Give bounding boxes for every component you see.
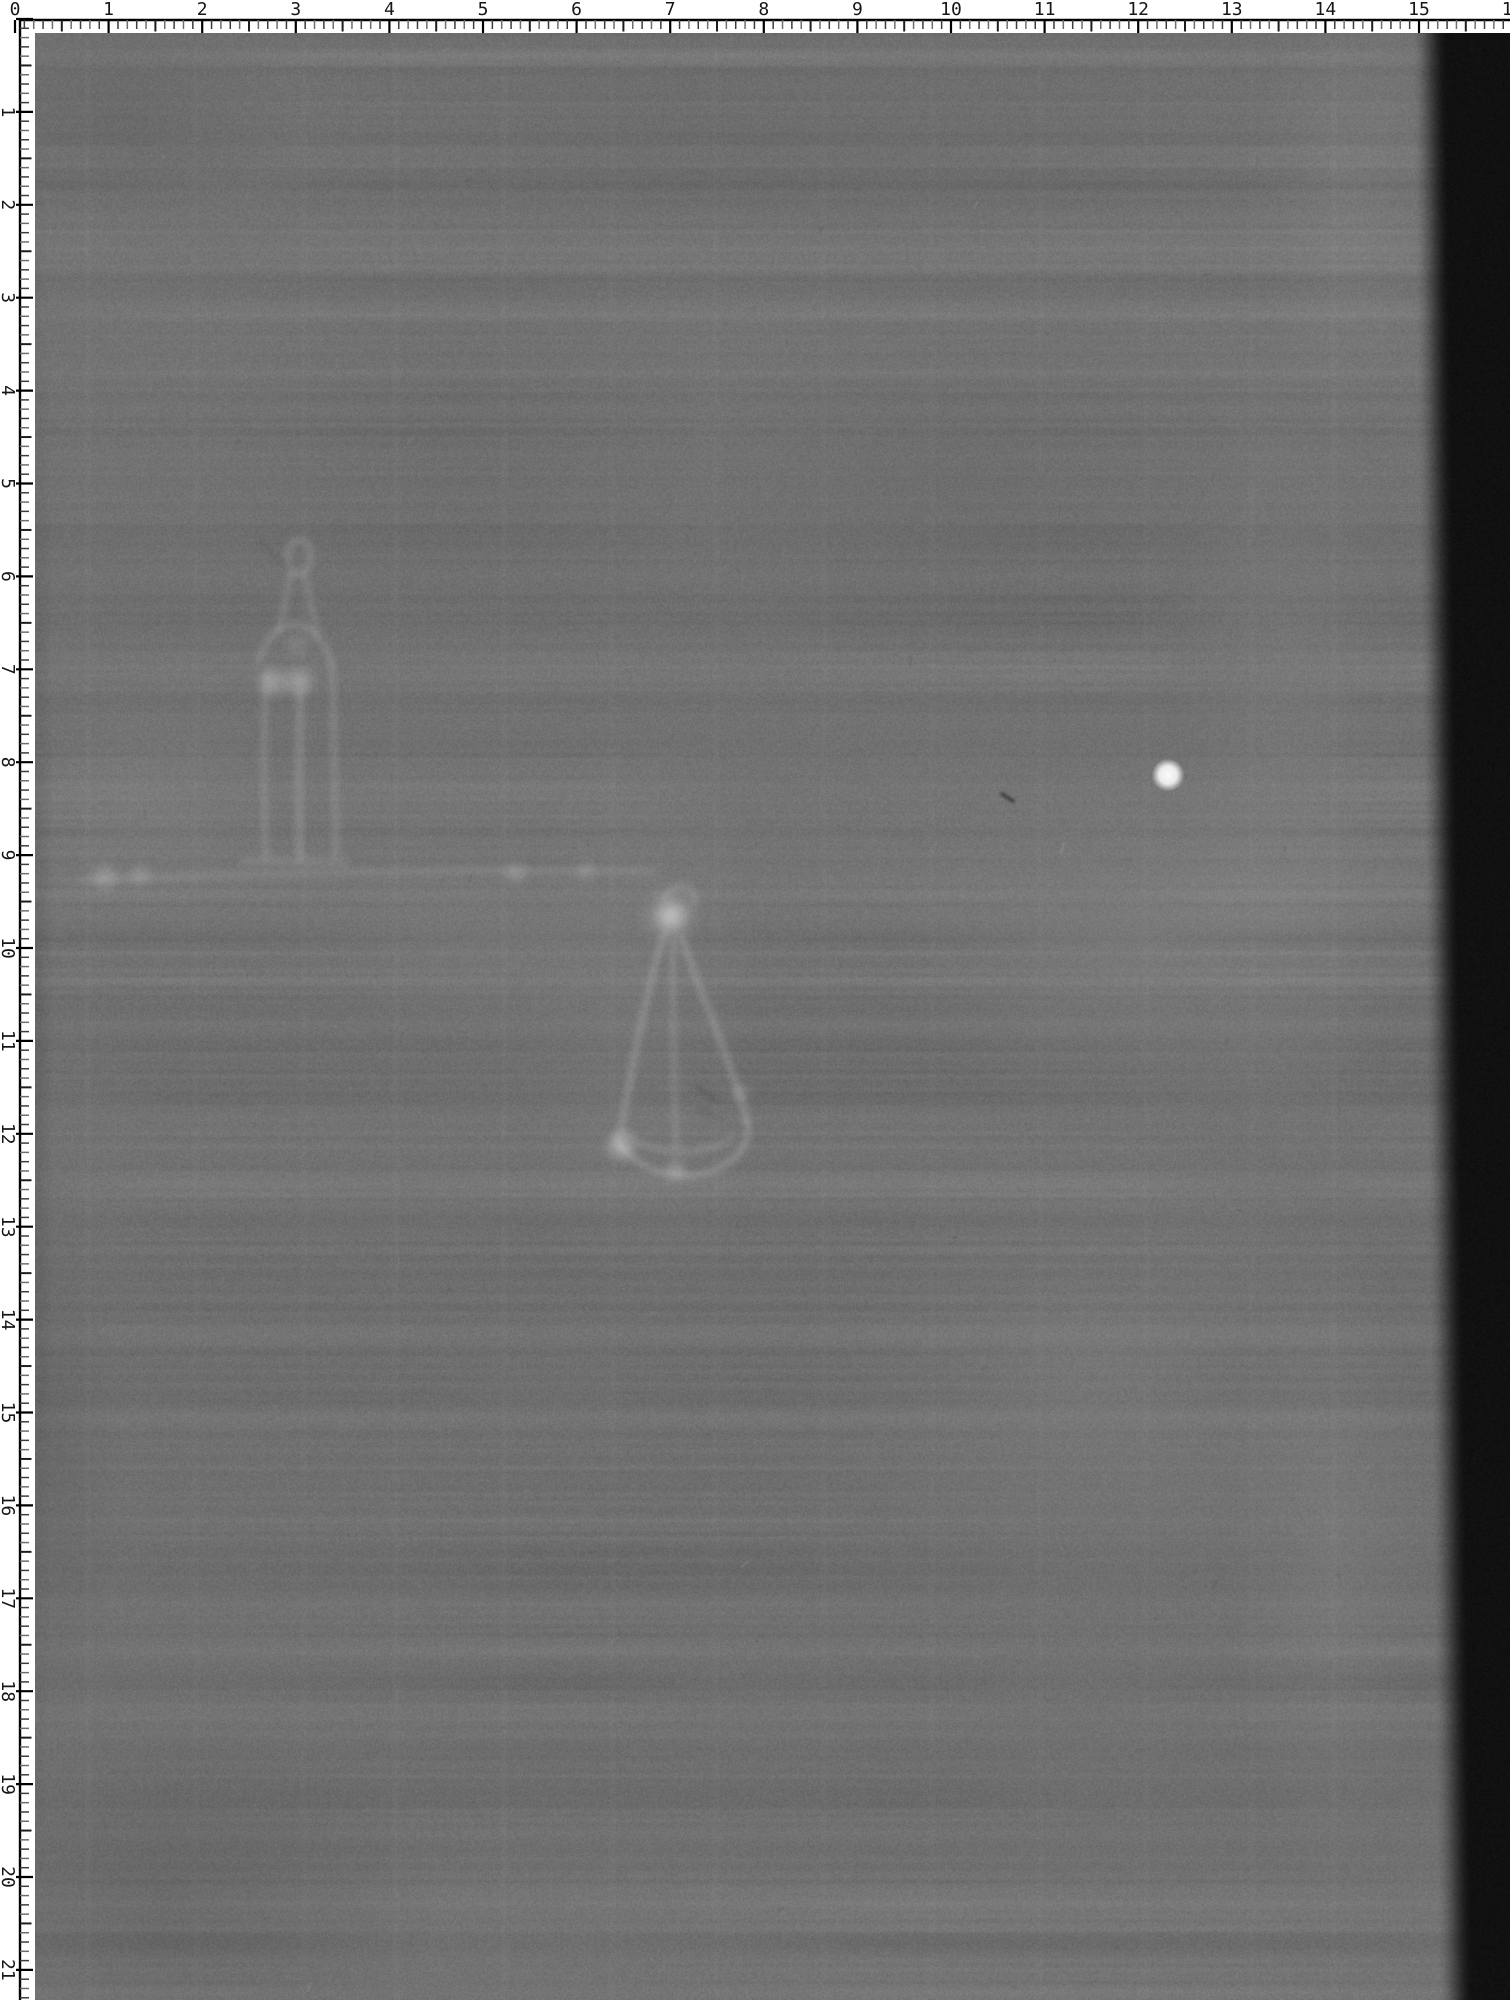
top-ruler-label: 3	[290, 0, 301, 20]
left-ruler-label: 21	[0, 1959, 18, 1981]
top-ruler-label: 2	[197, 0, 208, 20]
top-ruler-label: 8	[758, 0, 769, 20]
left-ruler-label: 13	[0, 1216, 18, 1238]
left-ruler-label: 15	[0, 1402, 18, 1424]
left-ruler-label: 19	[0, 1773, 18, 1795]
top-ruler-label: 15	[1408, 0, 1430, 20]
left-ruler-label: 1	[0, 106, 18, 117]
top-ruler-label: 7	[665, 0, 676, 20]
left-ruler-label: 16	[0, 1495, 18, 1517]
top-ruler-label: 13	[1221, 0, 1243, 20]
top-ruler-label: 4	[384, 0, 395, 20]
top-ruler-label: 14	[1315, 0, 1337, 20]
top-ruler-label: 5	[478, 0, 489, 20]
top-ruler-label: 1	[103, 0, 114, 20]
left-ruler-label: 8	[0, 757, 18, 768]
top-ruler-label: 10	[940, 0, 962, 20]
left-ruler-label: 2	[0, 199, 18, 210]
left-ruler-label: 10	[0, 937, 18, 959]
top-ruler-label: 11	[1034, 0, 1056, 20]
top-ruler-label: 9	[852, 0, 863, 20]
top-ruler-label: 16	[1502, 0, 1510, 20]
left-ruler-label: 20	[0, 1866, 18, 1888]
top-ruler: 012345678910111213141516	[0, 0, 1510, 42]
left-ruler-label: 11	[0, 1030, 18, 1052]
left-ruler-label: 4	[0, 385, 18, 396]
left-ruler-label: 6	[0, 571, 18, 582]
left-ruler-label: 17	[0, 1587, 18, 1609]
paper-scan	[35, 33, 1510, 2000]
left-ruler-label: 3	[0, 292, 18, 303]
left-ruler-label: 18	[0, 1680, 18, 1702]
left-ruler-label: 7	[0, 664, 18, 675]
left-ruler: 123456789101112131415161718192021	[0, 0, 42, 2000]
left-ruler-label: 5	[0, 478, 18, 489]
left-ruler-label: 14	[0, 1309, 18, 1331]
top-ruler-label: 12	[1127, 0, 1149, 20]
radiograph-scan-page: 012345678910111213141516 123456789101112…	[0, 0, 1510, 2000]
left-ruler-label: 9	[0, 850, 18, 861]
top-ruler-label: 6	[571, 0, 582, 20]
left-ruler-label: 12	[0, 1123, 18, 1145]
